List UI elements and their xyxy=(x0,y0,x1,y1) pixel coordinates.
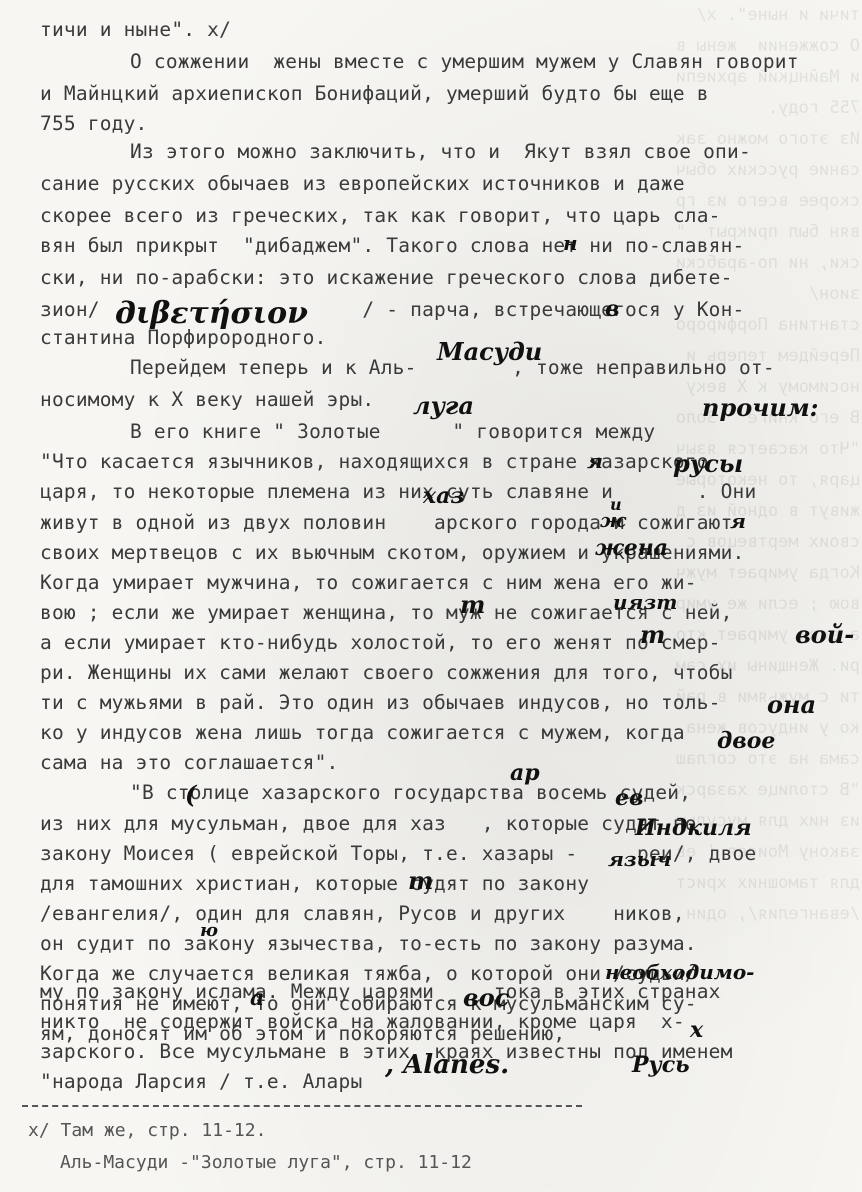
text-line: носимому к X веку нашей эры. xyxy=(40,388,374,411)
text-line: вян был прикрыт "дибаджем". Такого слова… xyxy=(40,234,744,257)
handwritten-correction: жена xyxy=(595,535,668,561)
handwritten-correction: вой- xyxy=(795,620,854,649)
text-line: из них для мусульман, двое для хаз , кот… xyxy=(40,812,697,835)
handwritten-correction: она xyxy=(767,690,816,719)
text-line: /евангелия/, один для славян, Русов и др… xyxy=(40,902,685,925)
handwritten-correction: т xyxy=(640,620,665,649)
handwritten-correction: в xyxy=(605,296,619,322)
handwritten-correction: ж xyxy=(600,508,626,532)
text-line: 755 году. xyxy=(40,112,147,135)
handwritten-correction: языч xyxy=(608,847,671,871)
handwritten-correction: т xyxy=(408,866,433,895)
text-line: ски, ни по-арабски: это искажение гречес… xyxy=(40,266,733,289)
text-line: никто не содержит войска на жаловании, к… xyxy=(40,1010,685,1033)
text-line: скорее всего из греческих, так как говор… xyxy=(40,204,721,227)
text-line: для тамошних христиан, которые судят по … xyxy=(40,872,589,895)
text-line: ко у индусов жена лишь тогда сожигается … xyxy=(40,721,685,744)
handwritten-correction: а xyxy=(250,985,264,1011)
handwritten-correction: Русь xyxy=(632,1052,690,1078)
text-line: живут в одной из двух половин арского го… xyxy=(40,511,733,534)
handwritten-correction: , Alanes. xyxy=(385,1050,509,1080)
text-line: и Майнцкий архиепископ Бонифаций, умерши… xyxy=(40,82,709,105)
handwritten-correction: хаз xyxy=(423,483,464,509)
text-line: а если умирает кто-нибудь холостой, то е… xyxy=(40,631,721,654)
handwritten-correction: дιβετήσιον xyxy=(115,296,308,331)
text-line: "народа Ларсия / т.е. Алары xyxy=(40,1070,362,1093)
handwritten-correction: х xyxy=(690,1017,703,1043)
text-line: он судит по закону язычества, то-есть по… xyxy=(40,932,697,955)
footnote: x/ Там же, стр. 11-12. xyxy=(28,1120,266,1141)
text-line: "В столице хазарского государства восемь… xyxy=(130,781,691,804)
text-line: тичи и ныне". x/ xyxy=(40,18,231,41)
handwritten-correction: луга xyxy=(413,391,474,420)
text-line: В его книге " Золотые " говорится между xyxy=(130,420,655,443)
handwritten-correction: ев xyxy=(615,785,643,811)
handwritten-correction: я xyxy=(587,449,603,473)
handwritten-correction: н xyxy=(563,231,578,255)
text-line: ри. Женщины их сами желают своего сожжен… xyxy=(40,661,733,684)
text-line: Из этого можно заключить, что и Якут взя… xyxy=(130,140,751,163)
handwritten-correction: ( xyxy=(185,780,196,809)
text-line: "Что касается язычников, находящихся в с… xyxy=(40,450,709,473)
text-line: сама на это соглашается". xyxy=(40,751,339,774)
text-line: О сожжении жены вместе с умершим мужем у… xyxy=(130,50,799,73)
handwritten-correction: т xyxy=(460,590,485,619)
text-line: Когда умирает мужчина, то сожигается с н… xyxy=(40,571,697,594)
handwritten-correction: прочим: xyxy=(702,393,819,422)
footnote-divider xyxy=(22,1105,582,1107)
text-line: ти с мужьями в рай. Это один из обычаев … xyxy=(40,691,721,714)
handwritten-correction: Масуди xyxy=(437,337,542,366)
text-line: сание русских обычаев из европейских ист… xyxy=(40,172,685,195)
handwritten-correction: вос xyxy=(463,983,509,1012)
handwritten-correction: ю xyxy=(200,920,218,941)
handwritten-correction: ар xyxy=(510,760,540,786)
scanned-page: тичи и ныне". x/ О сожжении жены в и Май… xyxy=(0,0,862,1192)
handwritten-correction: русы xyxy=(673,449,743,478)
footnote: Аль-Масуди -"Золотые луга", стр. 11-12 xyxy=(60,1152,472,1173)
handwritten-correction: Индкиля xyxy=(635,815,752,841)
handwritten-correction: двое xyxy=(717,728,775,754)
handwritten-correction: иязт xyxy=(613,590,677,614)
handwritten-correction: необходимо- xyxy=(605,960,754,984)
handwritten-correction: я xyxy=(730,509,746,533)
text-line: царя, то некоторые племена из них суть с… xyxy=(40,480,756,503)
